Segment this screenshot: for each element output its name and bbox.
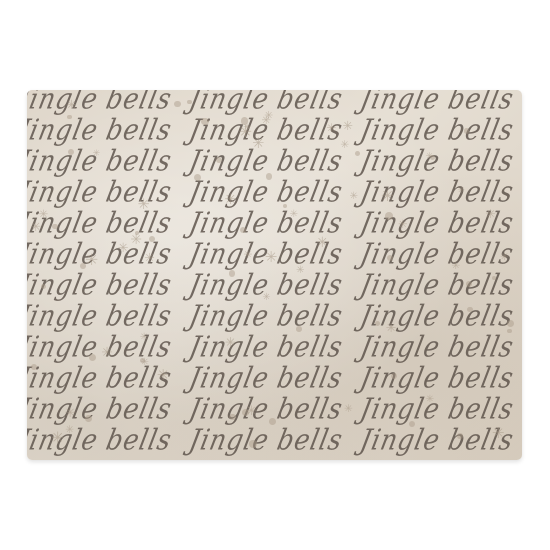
dot-decoration xyxy=(85,415,92,422)
dot-decoration xyxy=(355,151,360,156)
pattern-text: Jingle bells xyxy=(186,423,364,456)
pattern-text: Jingle bells xyxy=(357,268,522,301)
pattern-text: Jingle bells xyxy=(27,392,194,425)
snowflake-icon: ✳ xyxy=(51,428,64,447)
pattern-text: Jingle bells xyxy=(357,144,522,177)
pattern-text: Jingle bells xyxy=(357,90,522,115)
pattern-text: Jingle bells xyxy=(186,361,364,394)
pattern-text: Jingle bells xyxy=(27,206,194,239)
snowflake-icon: ✳ xyxy=(224,192,236,208)
snowflake-icon: ✳ xyxy=(386,321,397,336)
snowflake-icon: ✳ xyxy=(252,135,264,152)
snowflake-icon: ✳ xyxy=(398,217,408,231)
pattern-row: Jingle bellsJingle bellsJingle bells xyxy=(27,268,522,301)
pattern-text: Jingle bells xyxy=(27,113,194,146)
pattern-row: Jingle bellsJingle bellsJingle bells xyxy=(27,361,522,394)
snowflake-icon: ✳ xyxy=(85,250,98,269)
pattern-text: Jingle bells xyxy=(357,206,522,239)
snowflake-icon: ✳ xyxy=(225,335,236,351)
pattern-text: Jingle bells xyxy=(186,90,364,115)
snowflake-icon: ✳ xyxy=(140,332,148,343)
snowflake-icon: ✳ xyxy=(381,186,394,205)
pattern-text: Jingle bells xyxy=(27,175,194,208)
snowflake-icon: ✳ xyxy=(296,265,305,276)
snowflake-icon: ✳ xyxy=(66,98,77,113)
dot-decoration xyxy=(296,326,302,332)
pattern-text: Jingle bells xyxy=(186,175,364,208)
dot-decoration xyxy=(430,155,435,160)
snowflake-icon: ✳ xyxy=(138,197,150,213)
snowflake-icon: ✳ xyxy=(327,121,337,135)
snowflake-icon: ✳ xyxy=(426,394,434,405)
pattern-row: Jingle bellsJingle bellsJingle bells xyxy=(27,175,522,208)
snowflake-icon: ✳ xyxy=(144,250,155,265)
pattern-text: Jingle bells xyxy=(186,206,364,239)
snowflake-icon: ✳ xyxy=(243,248,252,261)
dot-decoration xyxy=(457,433,463,439)
dot-decoration xyxy=(507,329,512,334)
pattern-text: Jingle bells xyxy=(186,268,364,301)
pattern-text: Jingle bells xyxy=(357,330,522,363)
snowflake-icon: ✳ xyxy=(457,185,465,196)
snowflake-icon: ✳ xyxy=(101,345,113,361)
pattern-text: Jingle bells xyxy=(357,237,522,270)
pattern-text: Jingle bells xyxy=(357,392,522,425)
snowflake-icon: ✳ xyxy=(343,118,353,133)
snowflake-icon: ✳ xyxy=(262,292,270,303)
snowflake-icon: ✳ xyxy=(157,366,170,384)
snowflake-icon: ✳ xyxy=(65,423,74,436)
snowflake-icon: ✳ xyxy=(118,241,129,256)
pattern-text: Jingle bells xyxy=(357,113,522,146)
snowflake-icon: ✳ xyxy=(340,139,349,151)
snowflake-icon: ✳ xyxy=(39,207,49,221)
dot-decoration xyxy=(464,128,470,134)
snowflake-icon: ✳ xyxy=(349,191,358,202)
snowflake-icon: ✳ xyxy=(316,235,328,251)
dot-decoration xyxy=(240,227,246,233)
pattern-row: Jingle bellsJingle bellsJingle bells xyxy=(27,423,522,456)
snowflake-icon: ✳ xyxy=(93,149,101,159)
dot-decoration xyxy=(31,364,37,370)
dot-decoration xyxy=(266,173,273,180)
snowflake-icon: ✳ xyxy=(290,209,298,220)
dot-decoration xyxy=(466,281,472,287)
pattern-text: Jingle bells xyxy=(357,299,522,332)
snowflake-icon: ✳ xyxy=(265,248,277,266)
pattern-text: Jingle bells xyxy=(27,299,194,332)
pattern-text: Jingle bells xyxy=(186,330,364,363)
snowflake-icon: ✳ xyxy=(485,207,495,221)
dot-decoration xyxy=(174,101,180,107)
snowflake-icon: ✳ xyxy=(239,122,252,141)
dot-decoration xyxy=(80,263,86,269)
pattern-row: Jingle bellsJingle bellsJingle bells xyxy=(27,206,522,239)
pattern-text: Jingle bells xyxy=(27,90,194,115)
dot-decoration xyxy=(149,236,155,242)
pattern-text: Jingle bells xyxy=(357,361,522,394)
snowflake-icon: ✳ xyxy=(500,250,509,263)
dot-decoration xyxy=(249,440,257,448)
snowflake-icon: ✳ xyxy=(261,113,271,127)
pattern-text: Jingle bells xyxy=(186,299,364,332)
snowflake-icon: ✳ xyxy=(65,406,76,421)
pattern-text: Jingle bells xyxy=(186,113,364,146)
snowflake-icon: ✳ xyxy=(30,220,41,235)
pattern-row: Jingle bellsJingle bellsJingle bells xyxy=(27,90,522,115)
dot-decoration xyxy=(269,418,276,425)
pattern-row: Jingle bellsJingle bellsJingle bells xyxy=(27,144,522,177)
snowflake-icon: ✳ xyxy=(344,403,353,415)
pattern-row: Jingle bellsJingle bellsJingle bells xyxy=(27,299,522,332)
dot-decoration xyxy=(283,204,287,208)
pattern-text: Jingle bells xyxy=(27,144,194,177)
placemat: Jingle bellsJingle bellsJingle bellsJing… xyxy=(27,90,522,460)
pattern-text: Jingle bells xyxy=(27,237,194,270)
pattern-text: Jingle bells xyxy=(27,268,194,301)
pattern-row: Jingle bellsJingle bellsJingle bells xyxy=(27,113,522,146)
dot-decoration xyxy=(187,100,191,104)
snowflake-icon: ✳ xyxy=(492,424,505,442)
snowflake-icon: ✳ xyxy=(451,259,460,272)
dot-decoration xyxy=(385,212,393,220)
pattern-text: Jingle bells xyxy=(186,144,364,177)
dot-decoration xyxy=(229,414,235,420)
